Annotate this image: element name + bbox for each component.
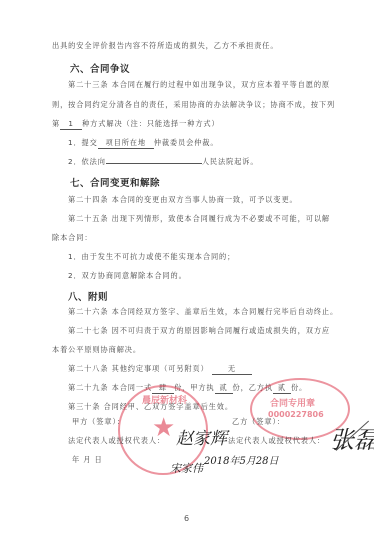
- section-heading-dispute: 六、合同争议: [70, 61, 130, 75]
- party-b-representative: 法定代表人或授权代表人：: [228, 436, 325, 446]
- clause-23-prefix: 第: [52, 119, 60, 128]
- clause-28-prefix: 第二十八条 其他约定事项（可另附页）: [68, 364, 209, 373]
- party-a-date: 年 月 日: [72, 455, 103, 465]
- party-a-representative: 法定代表人或授权代表人：: [68, 436, 165, 446]
- seal-b-text: 合同专用章: [270, 396, 315, 409]
- clause-23-suffix: 种方式解决（注：只能选择一种方式）: [82, 119, 220, 128]
- option-2-suffix: 人民法院起诉。: [202, 157, 259, 166]
- court-field: [106, 163, 202, 164]
- clause-25-line1: 第二十五条 出现下列情形，致使本合同履行成为不必要或不可能，可以解: [68, 214, 330, 224]
- clause-27-line1: 第二十七条 因不可归责于双方的原因影响合同履行或造成损失的，双方应: [68, 326, 330, 336]
- option-1-suffix: 仲裁委员会仲裁。: [154, 138, 219, 147]
- clause-23-line2: 则，按合同约定分清各自的责任，采用协商的办法解决争议；协商不成，按下列: [52, 100, 335, 110]
- option-2-line: 2．依法向人民法院起诉。: [68, 157, 258, 167]
- clause-23-line1: 第二十三条 本合同在履行的过程中如出现争议，双方应本着平等自愿的原: [68, 80, 330, 90]
- party-b-label: 乙方（签章）：: [232, 417, 285, 427]
- page-number: 6: [184, 514, 189, 523]
- option-2-prefix: 2．依法向: [68, 157, 106, 166]
- other-terms-field: 无: [212, 364, 252, 375]
- clause-25-line2: 除本合同：: [52, 233, 92, 243]
- clause-28: 第二十八条 其他约定事项（可另附页） 无: [68, 364, 252, 375]
- section-heading-change: 七、合同变更和解除: [70, 175, 160, 189]
- clause-25-condition-1: 1．由于发生不可抗力或使不能实现本合同的；: [68, 252, 235, 262]
- document-page: 出具的安全评价报告内容不符所造成的损失，乙方不承担责任。 六、合同争议 第二十三…: [0, 0, 374, 544]
- option-1-line: 1．提交项目所在地仲裁委员会仲裁。: [68, 138, 218, 149]
- clause-24: 第二十四条 本合同的变更由双方当事人协商一致，可予以变更。: [68, 195, 298, 205]
- party-a-signature: 赵家辉: [176, 424, 227, 449]
- signing-date: 2018年5月28日: [204, 452, 279, 467]
- section-heading-supplementary: 八、附则: [68, 289, 108, 303]
- dispute-method-field: 1: [60, 119, 82, 130]
- option-1-prefix: 1．提交: [68, 138, 98, 147]
- clause-25-condition-2: 2．双方协商同意解除本合同的。: [68, 271, 187, 281]
- arbitration-location-field: 项目所在地: [98, 138, 154, 149]
- text-line-carryover: 出具的安全评价报告内容不符所造成的损失，乙方不承担责任。: [52, 41, 278, 51]
- clause-27-line2: 本着公平原则协商解决。: [52, 345, 141, 355]
- clause-23-line3: 第1种方式解决（注：只能选择一种方式）: [52, 119, 220, 130]
- clause-26: 第二十六条 本合同经双方签字、盖章后生效，本合同履行完毕后自动终止。: [68, 307, 338, 317]
- party-a-label: 甲方（签章）：: [72, 417, 125, 427]
- party-a-signature-2: 宋家伟: [170, 460, 203, 476]
- seal-a-text: 晨辰新材科: [142, 393, 187, 406]
- copies-party-a-field: 贰: [215, 383, 233, 394]
